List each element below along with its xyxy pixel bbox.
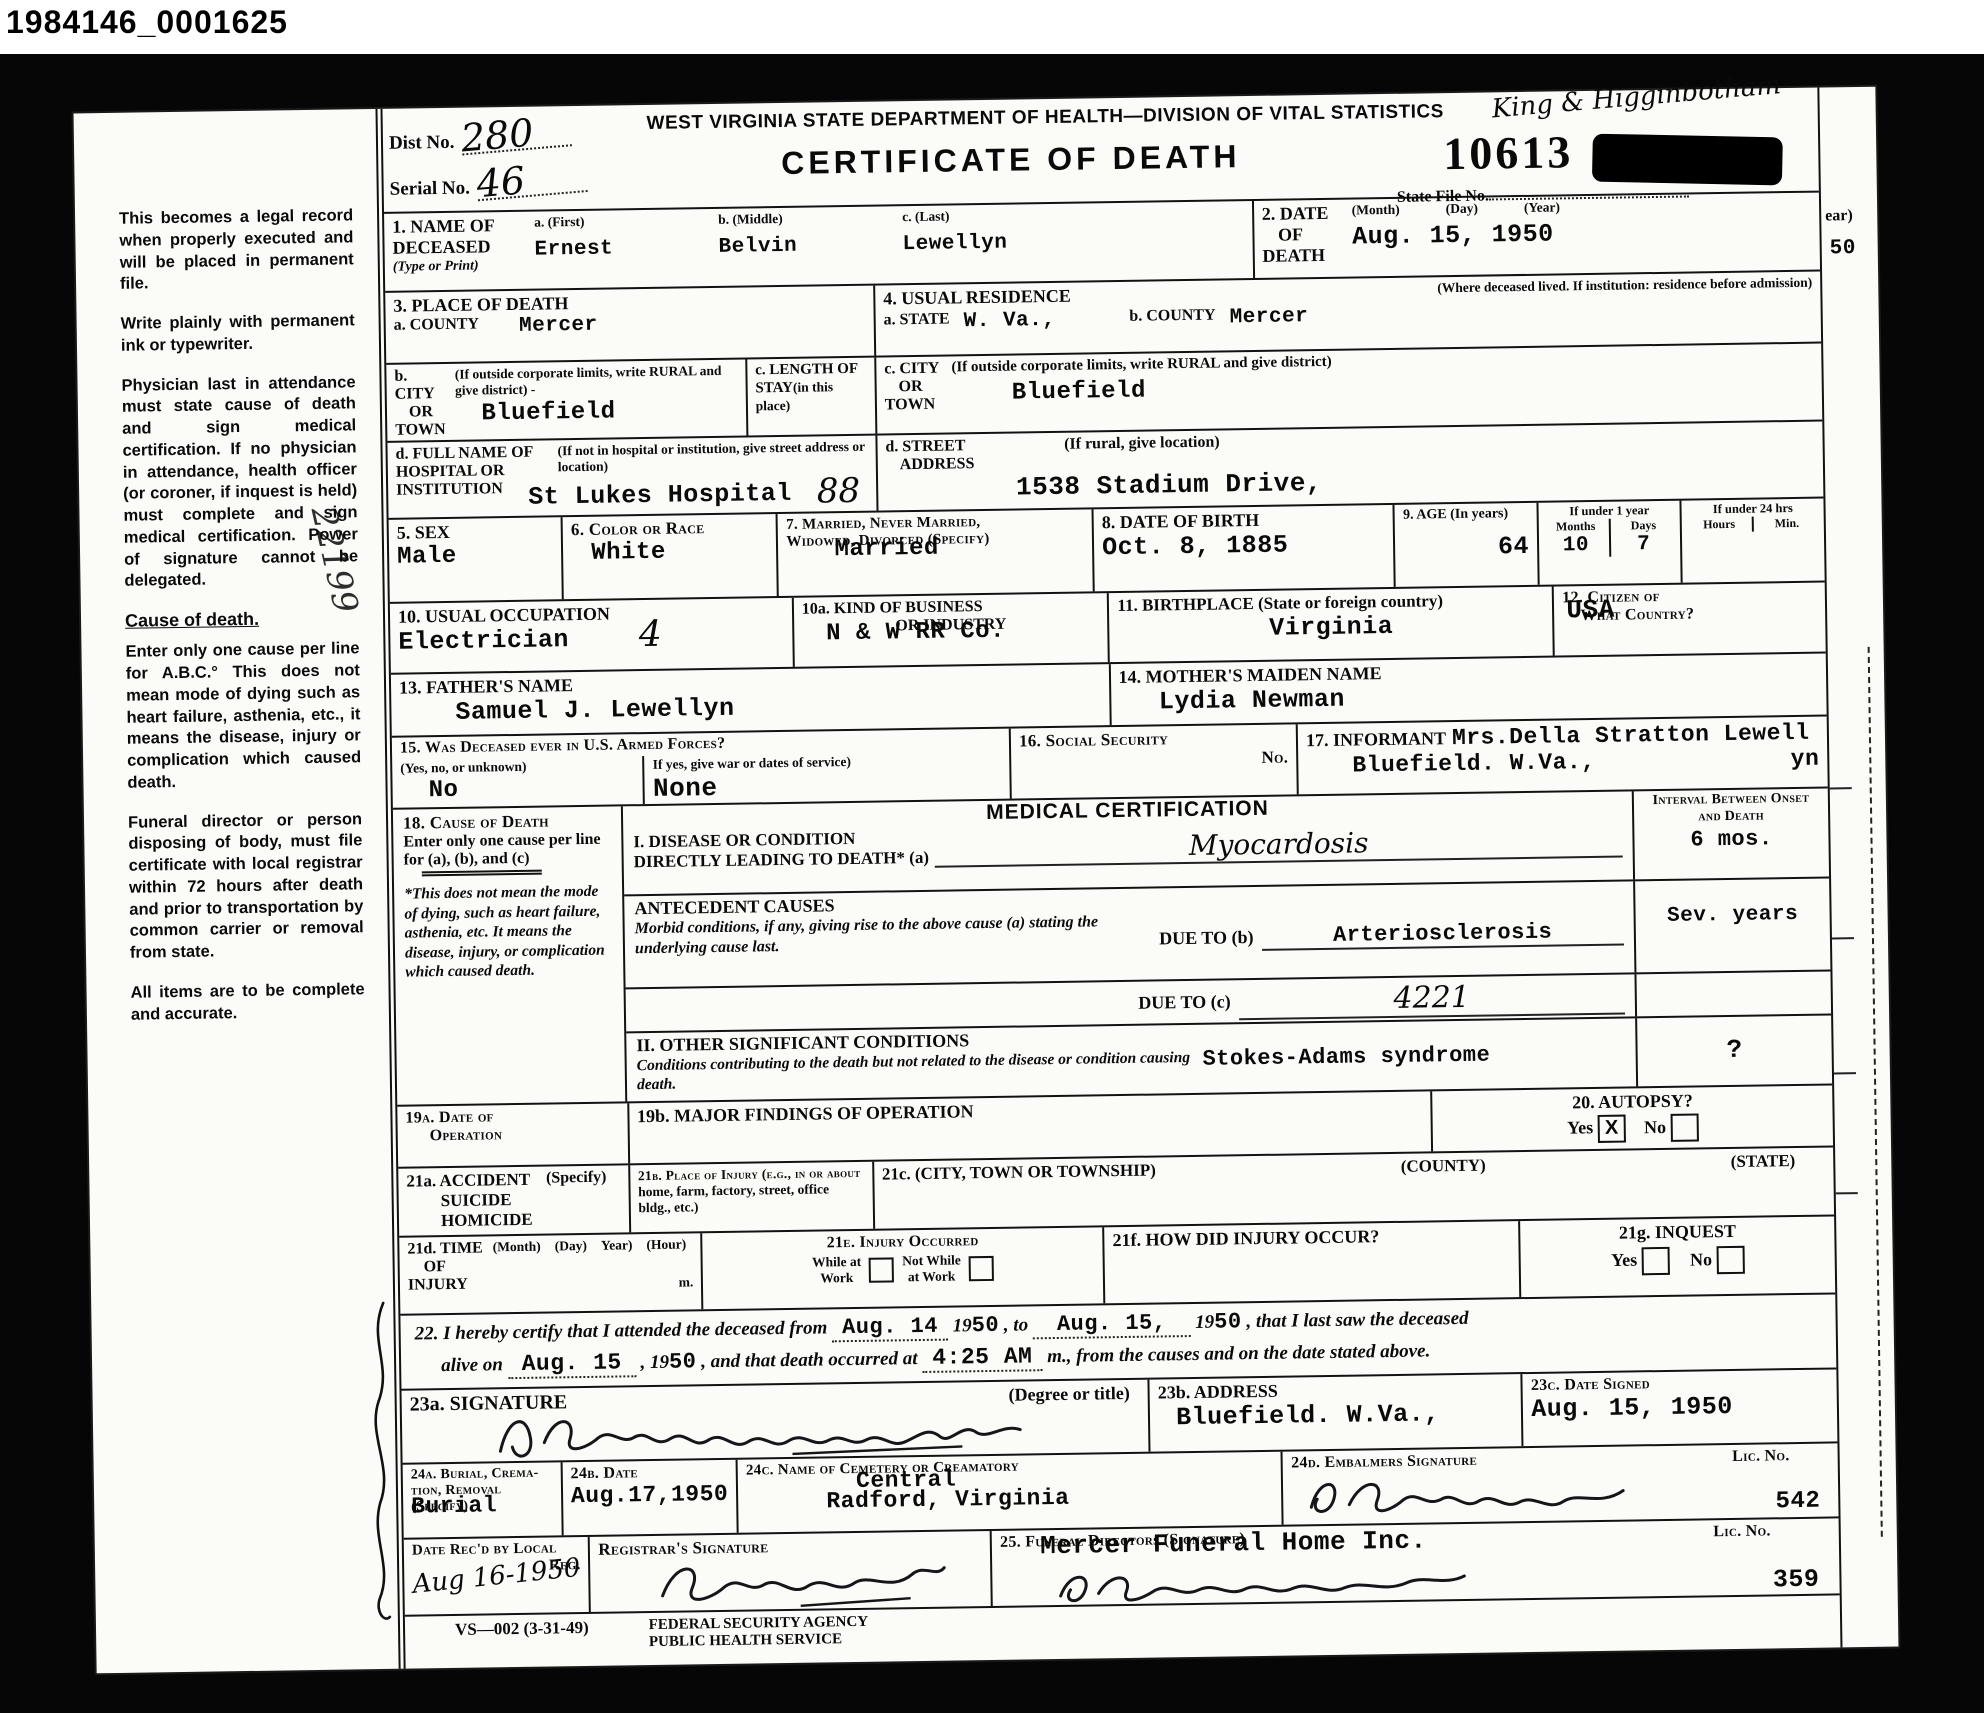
- last-name-label: c. (Last): [902, 208, 1007, 226]
- hospital-label: d. FULL NAME OF: [395, 443, 545, 463]
- handwritten-flourish-88: 88: [817, 471, 861, 512]
- first-name-label: a. (First): [534, 212, 704, 231]
- informant-address: Bluefield. W.Va.,: [1352, 749, 1595, 779]
- min-label: Min.: [1754, 516, 1820, 532]
- field-9-under-24-hrs: If under 24 hrs Hours Min.: [1680, 499, 1825, 582]
- burial-date-value: Aug.17,1950: [571, 1481, 729, 1509]
- interval-header-cell: Interval Between Onset and Death 6 mos.: [1632, 789, 1829, 879]
- inquest-yes-checkbox: [1641, 1247, 1669, 1275]
- serial-no-label: Serial No.: [390, 178, 471, 200]
- interval-b-value: Sev. years: [1667, 903, 1798, 928]
- due-to-c-value: 4221: [1393, 979, 1470, 1015]
- field-24b-burial-date: 24b. Date Aug.17,1950: [560, 1459, 736, 1535]
- edge-fragment-50: 50: [1830, 237, 1857, 260]
- field-21f-how-injury: 21f. HOW DID INJURY OCCUR?: [1102, 1222, 1519, 1304]
- field-16-ssn: 16. Social Security No.: [1009, 725, 1297, 799]
- field-14-mother: 14. MOTHER'S MAIDEN NAME Lydia Newman: [1108, 653, 1826, 725]
- county-label: a. COUNTY: [394, 316, 480, 340]
- instruction-paragraph: Enter only one cause per line for A.B.C.…: [125, 639, 361, 795]
- field-13-father: 13. FATHER'S NAME Samuel J. Lewellyn: [391, 664, 1109, 736]
- field-3d-hospital: d. FULL NAME OF HOSPITAL OR INSTITUTION …: [387, 435, 876, 518]
- state-label: a. STATE: [883, 311, 949, 335]
- interval-c-cell: [1634, 972, 1831, 1017]
- antecedent-note: Morbid conditions, if any, giving rise t…: [635, 911, 1150, 959]
- department-title: WEST VIRGINIA STATE DEPARTMENT OF HEALTH…: [533, 99, 1558, 136]
- physician-signature: [492, 1396, 1033, 1464]
- due-to-c-label: DUE TO (c): [1138, 991, 1231, 1013]
- days-value: 7: [1611, 533, 1677, 557]
- injury-city-label: 21c. (CITY, TOWN OR TOWNSHIP): [882, 1160, 1156, 1184]
- autopsy-yes-label: Yes: [1567, 1118, 1593, 1138]
- section-18-medical-certification: 18. Cause of Death Enter only one cause …: [393, 787, 1832, 1105]
- certificate-title: CERTIFICATE OF DEATH: [533, 134, 1488, 185]
- residence-city-value: Bluefield: [1012, 375, 1333, 407]
- business-value: N & W RR Co.: [826, 616, 1100, 647]
- residence-city-note: (If outside corporate limits, write RURA…: [951, 354, 1332, 377]
- field-24c-cemetery: 24c. Name of Cemetery or Creamatory Cent…: [736, 1451, 1282, 1532]
- yes-no-unknown-label: (Yes, no, or unknown): [400, 759, 526, 776]
- form-header: Dist No. 280 Serial No. 46 WEST VIRGINIA…: [382, 88, 1818, 212]
- field-1-name-of-deceased: 1. NAME OF DECEASED (Type or Print) a. (…: [384, 201, 1253, 291]
- months-value: 10: [1543, 534, 1609, 558]
- time-of-injury-label: 21d. TIME: [407, 1240, 483, 1259]
- other-conditions-note: Conditions contributing to the death but…: [637, 1048, 1191, 1095]
- while-at-work-checkbox: [869, 1257, 894, 1282]
- field-5-sex: 5. SEX Male: [389, 518, 562, 602]
- informant-name: Mrs.Della Stratton Lewell: [1452, 720, 1810, 751]
- first-name-value: Ernest: [534, 236, 704, 262]
- handwritten-4: 4: [639, 613, 663, 654]
- embalmer-signature: [1301, 1462, 1632, 1521]
- middle-name-label: b. (Middle): [718, 210, 888, 229]
- sex-label: 5. SEX: [397, 521, 553, 544]
- specify-label: (Specify): [546, 1169, 607, 1231]
- field-9-age: 9. AGE (In years) 64: [1393, 503, 1538, 586]
- last-name-value: Lewellyn: [902, 232, 1007, 257]
- city-note: (If outside corporate limits, write RURA…: [455, 363, 738, 399]
- state-file-number: 10613: [1443, 125, 1574, 180]
- days-label: Days: [1610, 518, 1676, 534]
- residence-city-label: c. CITY: [884, 360, 939, 379]
- certify-text-1: 22. I hereby certify that I attended the…: [415, 1317, 828, 1344]
- field-6-color-or-race: 6. Color or Race White: [561, 514, 777, 598]
- due-to-b-label: DUE TO (b): [1159, 927, 1254, 949]
- field-7-marital-status: 7. Married, Never Married, Widowed, Divo…: [776, 510, 1093, 596]
- armed-forces-value: No: [428, 775, 635, 805]
- state-value: W. Va.,: [964, 309, 1056, 333]
- date-of-death-value: Aug. 15, 1950: [1352, 216, 1812, 252]
- field-21d-time-of-injury: 21d. TIME OF INJURY (Month) (Day) Year) …: [399, 1234, 701, 1314]
- field-9-under-1-year: If under 1 year Months 10 Days 7: [1536, 501, 1681, 584]
- certify-text-4: m., from the causes and on the date stat…: [1047, 1340, 1430, 1367]
- hours-label: Hours: [1686, 517, 1752, 533]
- injury-county-label: (COUNTY): [1401, 1156, 1486, 1177]
- death-time-value: 4:25 AM: [922, 1343, 1043, 1373]
- field-registrar-signature: Registrar's Signature: [588, 1531, 991, 1612]
- field-11-birthplace: 11. BIRTHPLACE (State or foreign country…: [1107, 586, 1553, 662]
- funeral-lic-value: 359: [1773, 1565, 1820, 1595]
- war-dates-value: None: [653, 769, 1002, 804]
- registrar-signature: [650, 1548, 951, 1610]
- not-while-at-work-checkbox: [969, 1256, 994, 1281]
- informant-label: 17. INFORMANT: [1306, 729, 1446, 752]
- inquest-no-label: No: [1690, 1249, 1712, 1269]
- autopsy-no-checkbox: [1670, 1114, 1698, 1142]
- war-dates-label: If yes, give war or dates of service): [653, 754, 851, 772]
- year-label: (Year): [1524, 200, 1560, 217]
- interval-label: Interval Between Onset and Death: [1640, 791, 1822, 826]
- funeral-director-signature: [1052, 1558, 1473, 1608]
- field-19a-date-of-operation: 19a. Date of Operation: [397, 1104, 627, 1167]
- street-note: (If rural, give location): [1064, 433, 1220, 471]
- agency-line-2: PUBLIC HEALTH SERVICE: [649, 1631, 869, 1651]
- cause-of-death-notes: 18. Cause of Death Enter only one cause …: [393, 807, 625, 1105]
- field-8-date-of-birth: 8. DATE OF BIRTH Oct. 8, 1885: [1092, 505, 1395, 591]
- cause-note-1: Enter only one cause per line for (a), (…: [403, 831, 612, 870]
- occupation-value: Electrician: [398, 625, 569, 659]
- instruction-paragraph: This becomes a legal record when properl…: [119, 205, 354, 296]
- field-3c-length-of-stay: c. LENGTH OF STAY(in this place): [745, 357, 875, 435]
- field-21b-place-of-injury: 21b. Place of Injury (e.g., in or about …: [628, 1162, 873, 1233]
- autopsy-label: 20. AUTOPSY?: [1440, 1089, 1824, 1116]
- cause-of-death-heading: Cause of death.: [125, 608, 359, 632]
- field-23c-date-signed: 23c. Date Signed Aug. 15, 1950: [1521, 1370, 1838, 1446]
- autopsy-no-label: No: [1644, 1117, 1666, 1137]
- instruction-paragraph: Funeral director or person disposing of …: [128, 809, 364, 965]
- instructions-sidebar: This becomes a legal record when properl…: [74, 109, 399, 1673]
- length-of-stay-label: c. LENGTH OF: [755, 361, 866, 380]
- date-signed-value: Aug. 15, 1950: [1531, 1391, 1829, 1424]
- usual-residence-label: 4. USUAL RESIDENCE: [883, 286, 1071, 310]
- middle-name-value: Belvin: [718, 234, 888, 260]
- burial-date-label: 24b. Date: [570, 1463, 728, 1483]
- field-15-armed-forces: 15. Was Deceased ever in U.S. Armed Forc…: [392, 729, 1010, 808]
- field-17-informant: 17. INFORMANT Mrs.Della Stratton Lewell …: [1296, 717, 1828, 795]
- inquest-yes-label: Yes: [1611, 1250, 1637, 1270]
- field-12-citizen: 12. Citizen of What Country? USA: [1552, 582, 1826, 655]
- embalmer-lic-value: 542: [1775, 1488, 1820, 1516]
- due-to-b-value: Arteriosclerosis: [1333, 920, 1553, 948]
- field-3-place-of-death: 3. PLACE OF DEATH a. COUNTY Mercer: [385, 286, 874, 363]
- how-injury-label: 21f. HOW DID INJURY OCCUR?: [1112, 1225, 1510, 1252]
- funeral-lic-label: Lic. No.: [1713, 1522, 1771, 1541]
- city-value: Bluefield: [481, 397, 738, 428]
- edge-fragment-year: ear): [1825, 207, 1853, 225]
- interval-other-cell: ?: [1635, 1015, 1832, 1086]
- field-24a-burial: 24a. Burial, Crema- tion, Removal (Speci…: [403, 1462, 562, 1538]
- inquest-no-checkbox: [1716, 1246, 1744, 1274]
- inquest-label: 21g. INQUEST: [1528, 1220, 1826, 1245]
- field-24d-embalmer: 24d. Embalmers Signature Lic. No. 542: [1281, 1443, 1839, 1525]
- edge-dashed-line: [1868, 647, 1883, 1537]
- filename-bar: 1984146_0001625: [0, 0, 1984, 54]
- scanned-death-certificate-page: 1984146_0001625 This becomes a legal rec…: [0, 0, 1984, 1713]
- address-value: Bluefield. W.Va.,: [1176, 1398, 1514, 1432]
- certificate-document: This becomes a legal record when properl…: [74, 87, 1899, 1674]
- place-of-injury-label: 21b. Place of Injury (e.g., in or about: [638, 1165, 864, 1184]
- cause-note-2: *This does not mean the mode of dying, s…: [404, 882, 613, 982]
- certificate-form: Dist No. 280 Serial No. 46 WEST VIRGINIA…: [375, 88, 1840, 1669]
- disease-value: Myocardosis: [1189, 827, 1369, 863]
- hospital-value: St Lukes Hospital: [528, 479, 792, 512]
- field-19b-major-findings: 19b. MAJOR FINDINGS OF OPERATION: [627, 1092, 1431, 1163]
- city-label: b. CITY: [394, 367, 445, 404]
- field-date-recd: Date Rec'd by Local Reg. Aug 16-1950: [404, 1537, 590, 1615]
- field-21e-injury-occurred: 21e. Injury Occurred While at Work Not W…: [701, 1228, 1104, 1309]
- sex-value: Male: [397, 542, 554, 571]
- scan-background: This becomes a legal record when properl…: [0, 54, 1984, 1713]
- attended-from-value: Aug. 14: [832, 1313, 948, 1342]
- form-number: VS—002 (3-31-49): [455, 1618, 589, 1640]
- day-label: (Day): [1446, 201, 1478, 217]
- field-10a-business: 10a. KIND OF BUSINESS OR INDUSTRY N & W …: [792, 593, 1109, 667]
- handwritten-physician-note: King & Higginbotham: [1491, 70, 1782, 124]
- residence-county-label: b. COUNTY: [1129, 307, 1216, 331]
- last-seen-value: Aug. 15: [507, 1349, 636, 1379]
- age-label: 9. AGE (In years): [1403, 506, 1529, 524]
- county-value: Mercer: [519, 314, 598, 338]
- field-10-occupation: 10. USUAL OCCUPATION Electrician 4: [390, 597, 793, 672]
- filename-label: 1984146_0001625: [6, 4, 288, 41]
- autopsy-yes-checkbox: X: [1597, 1115, 1625, 1143]
- cause-b-row: ANTECEDENT CAUSES Morbid conditions, if …: [624, 876, 1830, 987]
- certify-text-2: , that I last saw the deceased: [1246, 1308, 1468, 1332]
- dist-no-label: Dist No.: [389, 132, 455, 154]
- instruction-paragraph: All items are to be complete and accurat…: [130, 979, 365, 1026]
- field-4-usual-residence: 4. USUAL RESIDENCE (Where deceased lived…: [873, 272, 1821, 355]
- field-3b-city-or-town: b. CITY OR TOWN (If outside corporate li…: [386, 359, 746, 440]
- field-23a-signature: 23a. SIGNATURE (Degree or title): [402, 1380, 1149, 1462]
- field-20-autopsy: 20. AUTOPSY? Yes X No: [1430, 1086, 1833, 1151]
- other-conditions-value: Stokes-Adams syndrome: [1202, 1042, 1490, 1071]
- field-2-date-of-death: 2. DATE OF DEATH (Month) (Day) (Year): [1252, 193, 1820, 279]
- certify-text-3: , and that death occurred at: [701, 1348, 918, 1372]
- interval-other-value: ?: [1726, 1035, 1743, 1065]
- injury-state-label: (STATE): [1731, 1151, 1796, 1172]
- race-value: White: [591, 537, 769, 567]
- field-21c-city-county-state: 21c. (CITY, TOWN OR TOWNSHIP) (COUNTY) (…: [872, 1147, 1834, 1229]
- interval-a-value: 6 mos.: [1640, 825, 1822, 853]
- interval-b-cell: Sev. years: [1633, 878, 1830, 972]
- redaction-mark: [1592, 134, 1783, 186]
- informant-name-wrap: yn: [1790, 746, 1819, 772]
- instruction-paragraph: Write plainly with permanent ink or type…: [121, 310, 356, 357]
- field-25-funeral-director: 25. Funeral Directors (Signature) Lic. N…: [990, 1518, 1840, 1606]
- embalmer-lic-label: Lic. No.: [1732, 1447, 1790, 1466]
- age-value: 64: [1403, 532, 1529, 563]
- field-21g-inquest: 21g. INQUEST Yes No: [1518, 1217, 1835, 1297]
- field-21a-accident: 21a. ACCIDENT SUICIDE HOMICIDE (Specify): [398, 1165, 629, 1236]
- burial-value: Burial: [411, 1491, 553, 1519]
- dob-value: Oct. 8, 1885: [1102, 529, 1386, 562]
- field-23b-address: 23b. ADDRESS Bluefield. W.Va.,: [1148, 1374, 1522, 1451]
- month-label: (Month): [1352, 202, 1400, 219]
- residence-county-value: Mercer: [1229, 306, 1308, 330]
- alive-on-label: alive on: [441, 1354, 503, 1376]
- date-of-death-label: 2. DATE: [1262, 203, 1336, 225]
- field-4c-residence-city: c. CITY OR TOWN (If outside corporate li…: [874, 343, 1822, 433]
- street-address-label: d. STREET: [885, 437, 974, 456]
- m-label: m.: [493, 1275, 693, 1294]
- name-label: 1. NAME OF: [392, 215, 520, 238]
- accident-label: 21a. ACCIDENT: [406, 1170, 532, 1192]
- attended-to-value: Aug. 15,: [1033, 1310, 1191, 1339]
- field-4d-street-address: d. STREET ADDRESS (If rural, give locati…: [875, 421, 1823, 510]
- burial-label: 24a. Burial, Crema-: [411, 1465, 553, 1483]
- months-label: Months: [1543, 519, 1609, 535]
